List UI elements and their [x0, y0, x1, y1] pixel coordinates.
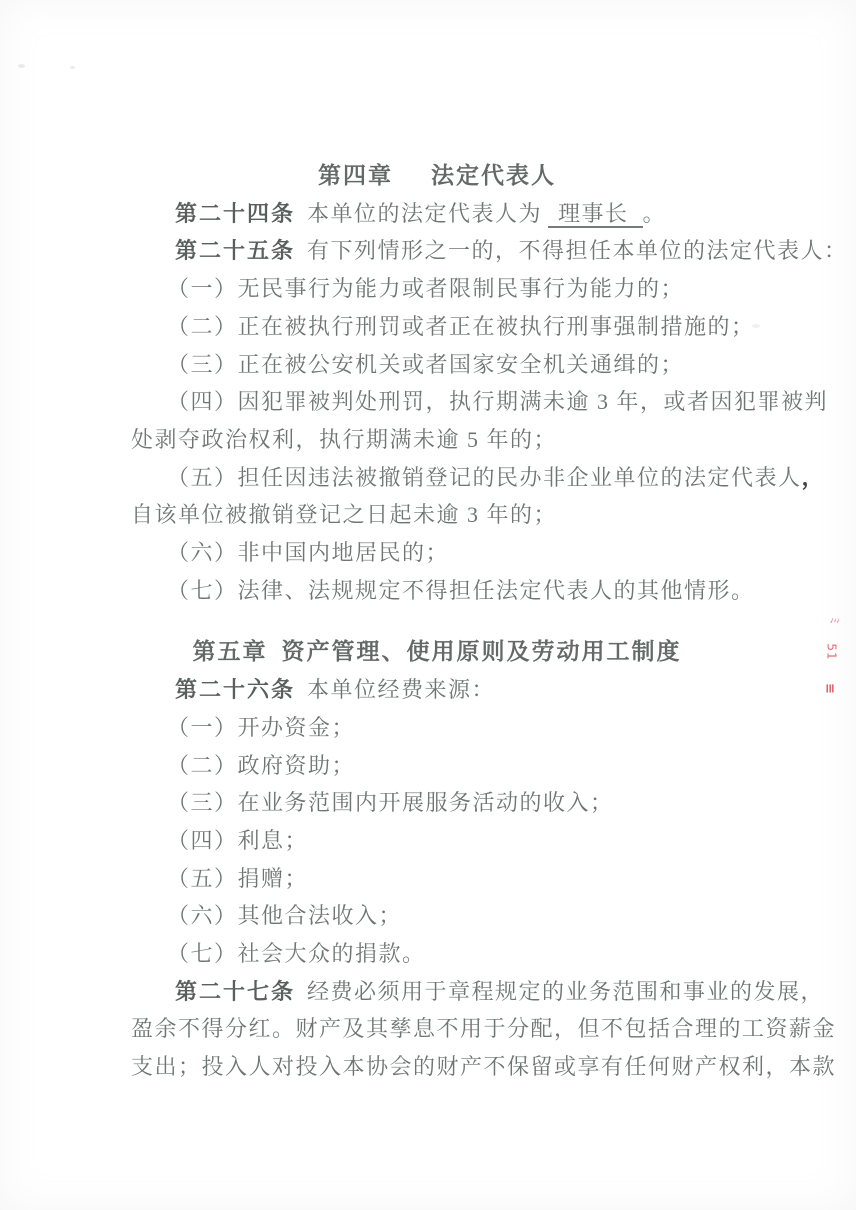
article-26-item-5: （五）捐赠；: [131, 860, 743, 898]
article-25-item-2: （二）正在被执行刑罚或者正在被执行刑事强制措施的；: [131, 308, 743, 346]
scan-smudge: [18, 64, 25, 68]
article-25-item-1: （一）无民事行为能力或者限制民事行为能力的；: [131, 270, 743, 308]
handwritten-comma: ，: [802, 465, 826, 490]
article-25-label: 第二十五条: [175, 238, 295, 263]
article-26-item-4: （四）利息；: [131, 822, 743, 860]
article-25-item-5-text: （五）担任因违法被撤销登记的民办非企业单位的法定代表人: [167, 465, 802, 490]
article-25-text: 有下列情形之一的，不得担任本单位的法定代表人：: [307, 238, 848, 263]
article-26-item-1: （一）开办资金；: [131, 709, 743, 747]
article-27-label: 第二十七条: [175, 979, 295, 1004]
article-26-text: 本单位经费来源：: [307, 677, 495, 702]
article-25-item-5-line-1: （五）担任因违法被撤销登记的民办非企业单位的法定代表人，: [131, 459, 743, 497]
article-26: 第二十六条本单位经费来源：: [131, 671, 743, 709]
article-25-item-7: （七）法律、法规规定不得担任法定代表人的其他情形。: [131, 572, 743, 610]
chapter-5-title: 资产管理、使用原则及劳动用工制度: [282, 639, 682, 664]
article-24-period: 。: [643, 201, 667, 226]
chapter-4-number: 第四章: [318, 163, 393, 188]
article-26-item-7: （七）社会大众的捐款。: [131, 935, 743, 973]
article-27-text-line-1: 经费必须用于章程规定的业务范围和事业的发展，: [307, 979, 824, 1004]
article-25-item-3: （三）正在被公安机关或者国家安全机关通缉的；: [131, 346, 743, 384]
article-24-text: 本单位的法定代表人为: [307, 201, 542, 226]
article-25-item-6: （六）非中国内地居民的；: [131, 534, 743, 572]
chapter-5-number: 第五章: [193, 639, 268, 664]
article-25-item-5-line-2: 自该单位被撤销登记之日起未逾 3 年的；: [131, 496, 743, 534]
red-ink-margin-mark: ≡: [823, 683, 836, 694]
article-24: 第二十四条本单位的法定代表人为理事长。: [131, 195, 743, 233]
article-26-item-2: （二）政府资助；: [131, 747, 743, 785]
article-26-item-6: （六）其他合法收入；: [131, 897, 743, 935]
chapter-5-heading: 第五章资产管理、使用原则及劳动用工制度: [131, 633, 743, 671]
article-25-item-4-line-2: 处剥夺政治权利，执行期满未逾 5 年的；: [131, 421, 743, 459]
article-27-line-1: 第二十七条经费必须用于章程规定的业务范围和事业的发展，: [131, 973, 743, 1011]
article-25-item-4-line-1: （四）因犯罪被判处刑罚，执行期满未逾 3 年，或者因犯罪被判: [131, 383, 743, 421]
article-26-label: 第二十六条: [175, 677, 295, 702]
scanned-document-page: 第四章法定代表人 第二十四条本单位的法定代表人为理事长。 第二十五条有下列情形之…: [0, 0, 856, 1210]
article-24-label: 第二十四条: [175, 201, 295, 226]
chapter-4-heading: 第四章法定代表人: [131, 157, 743, 195]
scan-smudge: [70, 66, 75, 69]
article-25: 第二十五条有下列情形之一的，不得担任本单位的法定代表人：: [131, 232, 743, 270]
red-ink-margin-mark: ミ: [829, 615, 840, 628]
red-ink-margin-mark: 51: [826, 643, 838, 660]
article-26-item-3: （三）在业务范围内开展服务活动的收入；: [131, 784, 743, 822]
document-body: 第四章法定代表人 第二十四条本单位的法定代表人为理事长。 第二十五条有下列情形之…: [131, 157, 743, 1086]
article-27-line-2: 盈余不得分红。财产及其孳息不用于分配，但不包括合理的工资薪金: [131, 1010, 743, 1048]
article-24-blank-value: 理事长: [548, 202, 643, 228]
article-27-line-3: 支出；投入人对投入本协会的财产不保留或享有任何财产权利，本款: [131, 1048, 743, 1086]
chapter-4-title: 法定代表人: [431, 163, 556, 188]
